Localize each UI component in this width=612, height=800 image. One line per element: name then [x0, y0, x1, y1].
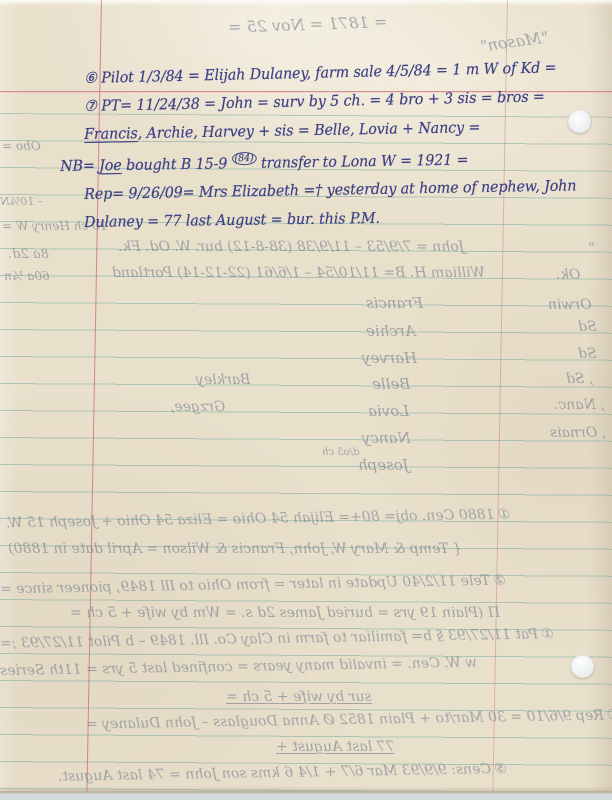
- bleed-through-line: ”: [588, 242, 595, 257]
- scan-edge-bottom: [0, 791, 612, 800]
- bleed-through-line: Sd: [578, 347, 597, 362]
- notebook-page: = 1871 = Nov 25 ="Mason"Obo =– 10¼N10 ch…: [0, 0, 612, 800]
- bleed-through-line: Sd: [578, 320, 597, 335]
- handwriting-line-6: Dulaney = 77 last August = bur. this P.M…: [84, 210, 380, 231]
- bleed-through-line: Belle: [372, 376, 410, 393]
- bleed-through-line: Obo =: [2, 140, 41, 153]
- bleed-through-line: Barkley: [196, 373, 250, 388]
- bleed-through-line: { Temp & Mary W, John, Francis & Wilson …: [8, 542, 462, 557]
- bleed-through-line: Π (Plain 19 yrs = buried James 2d s. = W…: [70, 606, 500, 621]
- bleed-through-line: , Sd: [566, 372, 593, 387]
- bleed-through-line: – 10¼N: [0, 196, 43, 208]
- circled-superscript: (84): [232, 152, 257, 165]
- handwriting-line-2: ⑦ PT= 11/24/38 = John = surv by 5 ch. = …: [84, 88, 545, 114]
- bleed-through-line: Archie: [366, 323, 416, 340]
- bleed-through-line: Francis: [366, 295, 423, 312]
- handwriting-text: NB=: [60, 156, 99, 175]
- bleed-through-line: Nancy: [362, 430, 411, 447]
- punch-hole-bottom: [571, 655, 594, 678]
- handwriting-text: transfer to Lona W = 1921 =: [256, 151, 468, 172]
- bleed-through-line: = 1871 = Nov 25 =: [228, 13, 388, 36]
- handwriting-text: Francis: [84, 124, 138, 143]
- bleed-through-line: Ok.: [556, 268, 580, 283]
- bleed-through-line: sur by wife + 5 ch =: [226, 690, 372, 705]
- bleed-through-line: Orwin: [548, 298, 592, 313]
- bleed-through-line: , Ornais: [550, 426, 606, 441]
- bleed-through-line: 77 last August +: [276, 740, 394, 755]
- bleed-through-line: "Mason": [479, 28, 550, 55]
- bleed-through-line: Lovia: [368, 403, 409, 420]
- bleed-through-line: Grzgee,: [170, 400, 225, 415]
- handwriting-line-1: ⑥ Pilot 1/3/84 = Elijah Dulaney, farm sa…: [84, 59, 557, 86]
- bleed-through-line: 60a ¼n: [4, 270, 50, 283]
- bleed-through-line: John = 7/9/53 – 11/9/38 (38-8-12) bur. W…: [118, 240, 464, 255]
- punch-hole-top: [568, 110, 591, 133]
- bleed-through-line: 8a 2d.: [8, 248, 49, 262]
- bleed-through-line: Joseph: [358, 457, 409, 474]
- bleed-through-line: d/o5 ch: [322, 447, 359, 458]
- bleed-through-line: Harvey: [362, 350, 417, 367]
- handwriting-text: ⑥ Pilot 1/3/84 = Elijah Dulaney, farm sa…: [84, 58, 557, 87]
- handwriting-text: bought B 15-9: [122, 154, 232, 174]
- bleed-through-line: , Nanc.: [554, 398, 605, 413]
- handwriting-text: Joe: [99, 156, 122, 174]
- bleed-through-line: William H. B= 11/10/54 – 1/6/61 (22-12-1…: [112, 266, 485, 281]
- scan-edge-top: [0, 0, 612, 6]
